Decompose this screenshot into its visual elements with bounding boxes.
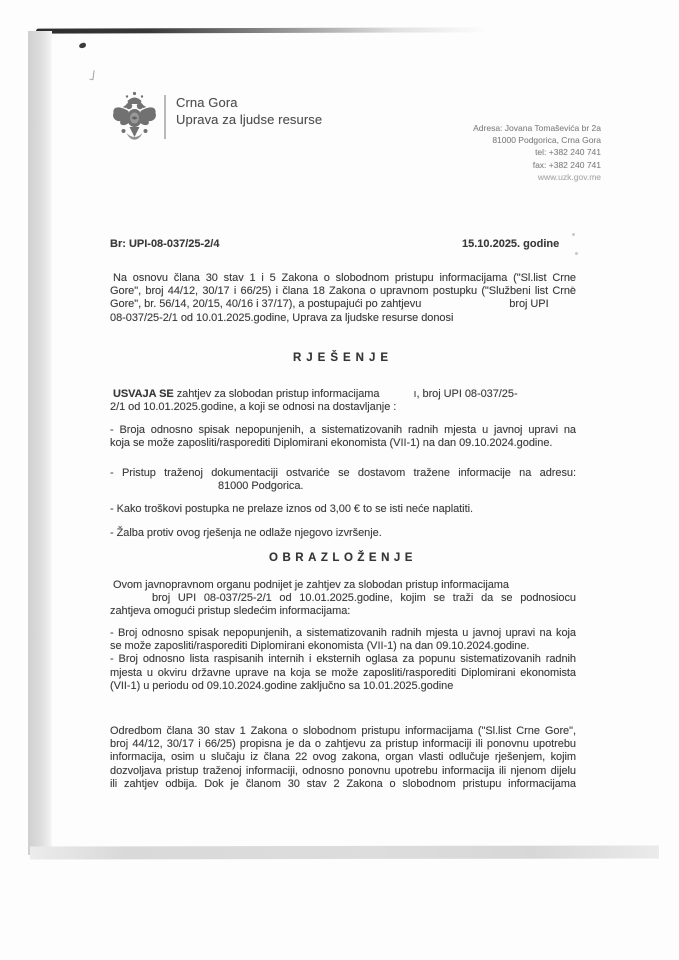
paragraph-line: broj UPI 08-037/25-2/1 od 10.01.2025.god… xyxy=(110,592,576,605)
grant-keyword: USVAJA SE xyxy=(113,388,174,400)
paragraph-line: Na osnovu člana 30 stav 1 i 5 Zakona o s… xyxy=(110,272,576,285)
paragraph-line: - Pristup traženoj dokumentaciji ostvari… xyxy=(110,467,576,480)
grant-paragraph: USVAJA SE zahtjev za slobodan pristup in… xyxy=(110,388,576,414)
paragraph-line: se može zaposliti/rasporediti Diplomiran… xyxy=(110,640,576,653)
paragraph-line: broj 44/12, 30/17 i 66/25) propisna je d… xyxy=(110,738,576,751)
paragraph-line: mjesta u okviru državne uprave na koja s… xyxy=(110,667,576,680)
address-website: www.uzk.gov.me xyxy=(473,171,601,183)
paragraph-line: informacija, osim u slučaju iz člana 22 … xyxy=(110,751,576,764)
reference-row: Br: UPI-08-037/25-2/4 15.10.2025. godine xyxy=(110,238,576,250)
resolution-item-2: - Pristup traženoj dokumentaciji ostvari… xyxy=(110,467,576,493)
resolution-item-1: - Broja odnosno spisak nepopunjenih, a s… xyxy=(110,424,576,450)
address-fax: fax: +382 240 741 xyxy=(473,159,601,171)
requested-information-list: - Broj odnosno spisak nepopunjenih, a si… xyxy=(110,627,576,693)
scanned-document-page: Crna Gora Uprava za ljudse resurse Adres… xyxy=(0,0,679,960)
address-line: 81000 Podgorica, Crna Gora xyxy=(473,134,601,146)
coat-of-arms-icon xyxy=(110,91,159,149)
scan-speck xyxy=(572,233,575,236)
paragraph-line: - Kako troškovi postupka ne prelaze izno… xyxy=(110,503,576,516)
paragraph-line: koja se može zaposliti/rasporediti Diplo… xyxy=(110,437,576,450)
legal-basis-paragraph: Na osnovu člana 30 stav 1 i 5 Zakona o s… xyxy=(110,272,576,325)
paragraph-line: Ovom javnopravnom organu podnijet je zah… xyxy=(110,579,576,592)
resolution-item-3: - Kako troškovi postupka ne prelaze izno… xyxy=(110,503,576,516)
scan-mark xyxy=(78,42,86,49)
scan-edge-bottom xyxy=(30,845,659,859)
resolution-heading: RJEŠENJE xyxy=(110,352,576,364)
paragraph-line: dozvoljava pristup traženoj informaciji,… xyxy=(110,765,576,778)
paragraph-line: - Broj odnosno spisak nepopunjenih, a si… xyxy=(110,627,576,640)
paragraph-line: ili zahtjev odbija. Dok je članom 30 sta… xyxy=(110,778,576,791)
paragraph-line: Gore", broj 44/12, 30/17 i 66/25) i član… xyxy=(110,285,576,298)
org-title: Uprava za ljudse resurse xyxy=(176,111,322,128)
reference-number: Br: UPI-08-037/25-2/4 xyxy=(110,238,219,250)
org-name: Crna Gora Uprava za ljudse resurse xyxy=(176,94,322,128)
letterhead-divider xyxy=(164,95,166,139)
scan-mark xyxy=(89,70,94,80)
paragraph-line: Gore", br. 56/14, 20/15, 40/16 i 37/17),… xyxy=(110,298,576,311)
org-country: Crna Gora xyxy=(176,94,322,111)
paragraph-line: USVAJA SE zahtjev za slobodan pristup in… xyxy=(110,388,576,401)
rationale-heading: OBRAZLOŽENJE xyxy=(110,552,576,564)
scan-speck xyxy=(575,252,578,255)
scan-edge-left xyxy=(28,31,52,855)
resolution-item-4: - Žalba protiv ovog rješenja ne odlaže n… xyxy=(110,527,576,540)
scan-edge-top xyxy=(36,27,486,33)
address-line: Adresa: Jovana Tomaševića br 2a xyxy=(473,122,601,134)
paragraph-line: Odredbom člana 30 stav 1 Zakona o slobod… xyxy=(110,725,576,738)
paragraph-line: 2/1 od 10.01.2025.godine, a koji se odno… xyxy=(110,401,576,414)
rationale-paragraph-2: Odredbom člana 30 stav 1 Zakona o slobod… xyxy=(110,725,576,791)
paragraph-line: - Žalba protiv ovog rješenja ne odlaže n… xyxy=(110,527,576,540)
paragraph-line: 08-037/25-2/1 od 10.01.2025.godine, Upra… xyxy=(110,312,576,325)
paragraph-line: (VII-1) u periodu od 09.10.2024.godine z… xyxy=(110,680,576,693)
paragraph-line: - Broja odnosno spisak nepopunjenih, a s… xyxy=(110,424,576,437)
paragraph-line: zahtjeva omogući pristup sledećim inform… xyxy=(110,605,576,618)
address-phone: tel: +382 240 741 xyxy=(473,146,601,158)
document-date: 15.10.2025. godine xyxy=(462,238,559,250)
address-block: Adresa: Jovana Tomaševića br 2a 81000 Po… xyxy=(473,122,601,183)
paragraph-line: 81000 Podgorica. xyxy=(110,480,576,493)
paragraph-line: - Broj odnosno lista raspisanih internih… xyxy=(110,653,576,666)
rationale-paragraph-1: Ovom javnopravnom organu podnijet je zah… xyxy=(110,579,576,619)
